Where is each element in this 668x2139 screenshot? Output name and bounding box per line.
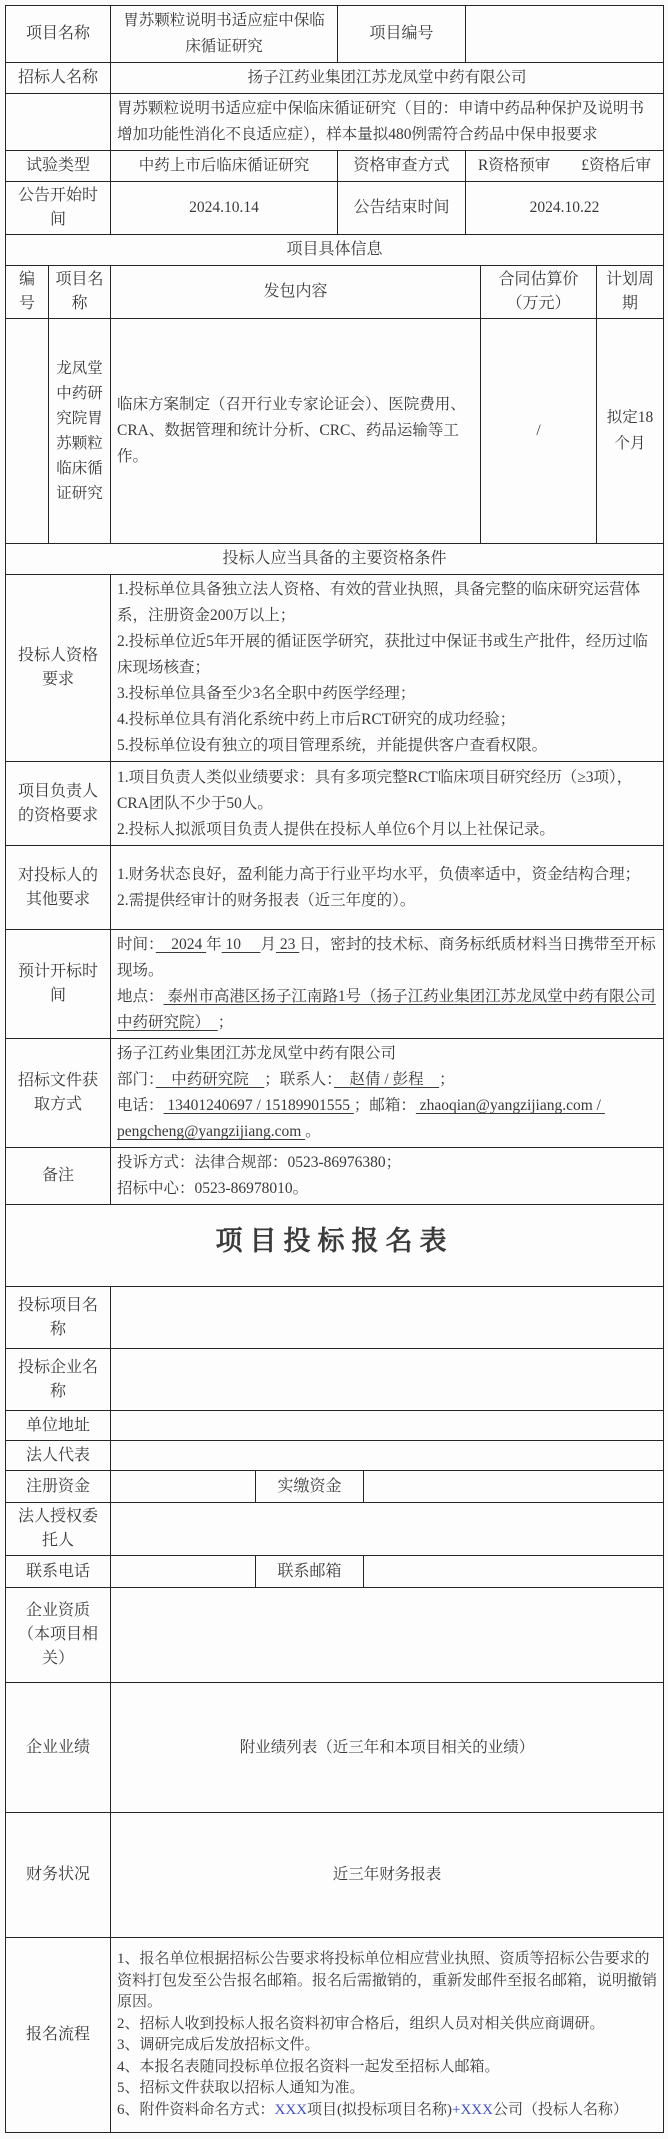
- table-row: 项目名称 胃苏颗粒说明书适应症中保临床循证研究 项目编号: [6, 6, 664, 63]
- table-row: 企业业绩 附业绩列表（近三年和本项目相关的业绩）: [6, 1683, 664, 1813]
- remark-label: 备注: [6, 1148, 111, 1205]
- company-qualification-field: [111, 1588, 664, 1683]
- section-header-row: 项目具体信息: [6, 235, 664, 266]
- announce-end-label: 公告结束时间: [338, 182, 466, 235]
- table-row: 法人代表: [6, 1441, 664, 1471]
- qualification-review-value: R资格预审 £资格后审: [466, 151, 664, 182]
- bid-opening-time-label: 预计开标时间: [6, 930, 111, 1039]
- table-row: 预计开标时间 时间： 2024 年 10 月 23 日，密封的技术标、商务标纸质…: [6, 930, 664, 1039]
- bid-company-name-label: 投标企业名称: [6, 1349, 111, 1411]
- signup-form-title: 项目投标报名表: [6, 1205, 664, 1287]
- contact-email-label: 联系邮箱: [256, 1556, 364, 1588]
- doc-obtain-label: 招标文件获取方式: [6, 1039, 111, 1148]
- bidder-req-label: 投标人资格要求: [6, 575, 111, 762]
- table-row: 公告开始时间 2024.10.14 公告结束时间 2024.10.22: [6, 182, 664, 235]
- announce-start-label: 公告开始时间: [6, 182, 111, 235]
- column-header-row: 编号 项目名称 发包内容 合同估算价 （万元） 计划周期: [6, 266, 664, 319]
- table-row: 投标企业名称: [6, 1349, 664, 1411]
- bid-company-name-field: [111, 1349, 664, 1411]
- leader-req-value: 1.项目负责人类似业绩要求：具有多项完整RCT临床项目研究经历（≥3项），CRA…: [111, 762, 664, 846]
- table-row: 企业资质（本项目相关）: [6, 1588, 664, 1683]
- file-naming-placeholder-2: +XXX: [452, 2102, 493, 2118]
- registered-capital-field: [111, 1471, 256, 1503]
- col-header-no: 编号: [6, 266, 49, 319]
- bid-opening-time-value: 时间： 2024 年 10 月 23 日，密封的技术标、商务标纸质材料当日携带至…: [111, 930, 664, 1039]
- table-row: 投标人资格要求 1.投标单位具备独立法人资格、有效的营业执照，具备完整的临床研究…: [6, 575, 664, 762]
- project-number-value: [466, 6, 664, 63]
- financial-status-value: 近三年财务报表: [111, 1813, 664, 1938]
- announce-start-value: 2024.10.14: [111, 182, 338, 235]
- financial-status-label: 财务状况: [6, 1813, 111, 1938]
- contact-email-field: [364, 1556, 664, 1588]
- project-name-value: 胃苏颗粒说明书适应症中保临床循证研究: [111, 6, 338, 63]
- project-name-label: 项目名称: [6, 6, 111, 63]
- detail-section-title: 项目具体信息: [6, 235, 664, 266]
- table-row: 投标项目名称: [6, 1287, 664, 1349]
- qualification-review-label: 资格审查方式: [338, 151, 466, 182]
- table-row: 法人授权委托人: [6, 1503, 664, 1556]
- project-number-label: 项目编号: [338, 6, 466, 63]
- contact-phone-field: [111, 1556, 256, 1588]
- qualification-section-title: 投标人应当具备的主要资格条件: [6, 544, 664, 575]
- detail-row-price: /: [481, 319, 597, 544]
- signup-process-label: 报名流程: [6, 1938, 111, 2133]
- other-req-label: 对投标人的其他要求: [6, 846, 111, 930]
- overall-design-label: [6, 94, 111, 151]
- project-info-table: 项目名称 胃苏颗粒说明书适应症中保临床循证研究 项目编号 招标人名称 扬子江药业…: [5, 5, 664, 235]
- overall-design-value: 胃苏颗粒说明书适应症中保临床循证研究（目的：申请中药品种保护及说明书增加功能性消…: [111, 94, 664, 151]
- trial-type-value: 中药上市后临床循证研究: [111, 151, 338, 182]
- section-header-row: 投标人应当具备的主要资格条件: [6, 544, 664, 575]
- table-row: 注册资金 实缴资金: [6, 1471, 664, 1503]
- leader-req-label: 项目负责人的资格要求: [6, 762, 111, 846]
- registered-capital-label: 注册资金: [6, 1471, 111, 1503]
- paid-capital-label: 实缴资金: [256, 1471, 364, 1503]
- tenderee-label: 招标人名称: [6, 63, 111, 94]
- remark-value: 投诉方式：法律合规部：0523-86976380； 招标中心：0523-8697…: [111, 1148, 664, 1205]
- bid-project-name-label: 投标项目名称: [6, 1287, 111, 1349]
- signup-title-row: 项目投标报名表: [6, 1205, 664, 1287]
- trial-type-label: 试验类型: [6, 151, 111, 182]
- announce-end-value: 2024.10.22: [466, 182, 664, 235]
- authorized-agent-field: [111, 1503, 664, 1556]
- table-row: 招标人名称 扬子江药业集团江苏龙凤堂中药有限公司: [6, 63, 664, 94]
- table-row: 对投标人的其他要求 1.财务状态良好，盈利能力高于行业平均水平，负债率适中，资金…: [6, 846, 664, 930]
- company-performance-label: 企业业绩: [6, 1683, 111, 1813]
- file-naming-placeholder: XXX: [275, 2102, 308, 2118]
- doc-obtain-value: 扬子江药业集团江苏龙凤堂中药有限公司 部门： 中药研究院 ；联系人： 赵倩 / …: [111, 1039, 664, 1148]
- company-qualification-label: 企业资质（本项目相关）: [6, 1588, 111, 1683]
- signup-process-value: 1、报名单位根据招标公告要求将投标单位相应营业执照、资质等招标公告要求的资料打包…: [111, 1938, 664, 2133]
- table-row: 单位地址: [6, 1411, 664, 1441]
- contact-phone-label: 联系电话: [6, 1556, 111, 1588]
- company-address-field: [111, 1411, 664, 1441]
- tender-document: 项目名称 胃苏颗粒说明书适应症中保临床循证研究 项目编号 招标人名称 扬子江药业…: [0, 0, 668, 2139]
- col-header-period: 计划周期: [597, 266, 664, 319]
- company-address-label: 单位地址: [6, 1411, 111, 1441]
- legal-rep-field: [111, 1441, 664, 1471]
- detail-row-name: 龙凤堂中药研究院胃苏颗粒临床循证研究: [49, 319, 111, 544]
- project-detail-table: 项目具体信息 编号 项目名称 发包内容 合同估算价 （万元） 计划周期 龙凤堂中…: [5, 234, 664, 544]
- detail-row-period: 拟定18个月: [597, 319, 664, 544]
- col-header-name: 项目名称: [49, 266, 111, 319]
- col-header-content: 发包内容: [111, 266, 481, 319]
- paid-capital-field: [364, 1471, 664, 1503]
- legal-rep-label: 法人代表: [6, 1441, 111, 1471]
- tenderee-value: 扬子江药业集团江苏龙凤堂中药有限公司: [111, 63, 664, 94]
- company-performance-value: 附业绩列表（近三年和本项目相关的业绩）: [111, 1683, 664, 1813]
- table-row: 龙凤堂中药研究院胃苏颗粒临床循证研究 临床方案制定（召开行业专家论证会）、医院费…: [6, 319, 664, 544]
- authorized-agent-label: 法人授权委托人: [6, 1503, 111, 1556]
- table-row: 备注 投诉方式：法律合规部：0523-86976380； 招标中心：0523-8…: [6, 1148, 664, 1205]
- other-req-value: 1.财务状态良好，盈利能力高于行业平均水平，负债率适中，资金结构合理； 2.需提…: [111, 846, 664, 930]
- table-row: 胃苏颗粒说明书适应症中保临床循证研究（目的：申请中药品种保护及说明书增加功能性消…: [6, 94, 664, 151]
- table-row: 试验类型 中药上市后临床循证研究 资格审查方式 R资格预审 £资格后审: [6, 151, 664, 182]
- qualification-table: 投标人应当具备的主要资格条件 投标人资格要求 1.投标单位具备独立法人资格、有效…: [5, 543, 664, 1205]
- table-row: 联系电话 联系邮箱: [6, 1556, 664, 1588]
- detail-row-content: 临床方案制定（召开行业专家论证会）、医院费用、CRA、数据管理和统计分析、CRC…: [111, 319, 481, 544]
- table-row: 报名流程 1、报名单位根据招标公告要求将投标单位相应营业执照、资质等招标公告要求…: [6, 1938, 664, 2133]
- detail-row-no: [6, 319, 49, 544]
- bid-project-name-field: [111, 1287, 664, 1349]
- table-row: 项目负责人的资格要求 1.项目负责人类似业绩要求：具有多项完整RCT临床项目研究…: [6, 762, 664, 846]
- table-row: 招标文件获取方式 扬子江药业集团江苏龙凤堂中药有限公司 部门： 中药研究院 ；联…: [6, 1039, 664, 1148]
- signup-form-table: 项目投标报名表 投标项目名称 投标企业名称 单位地址 法人代表 注册资金 实缴资…: [5, 1204, 664, 2133]
- bidder-req-value: 1.投标单位具备独立法人资格、有效的营业执照，具备完整的临床研究运营体系，注册资…: [111, 575, 664, 762]
- table-row: 财务状况 近三年财务报表: [6, 1813, 664, 1938]
- col-header-price: 合同估算价 （万元）: [481, 266, 597, 319]
